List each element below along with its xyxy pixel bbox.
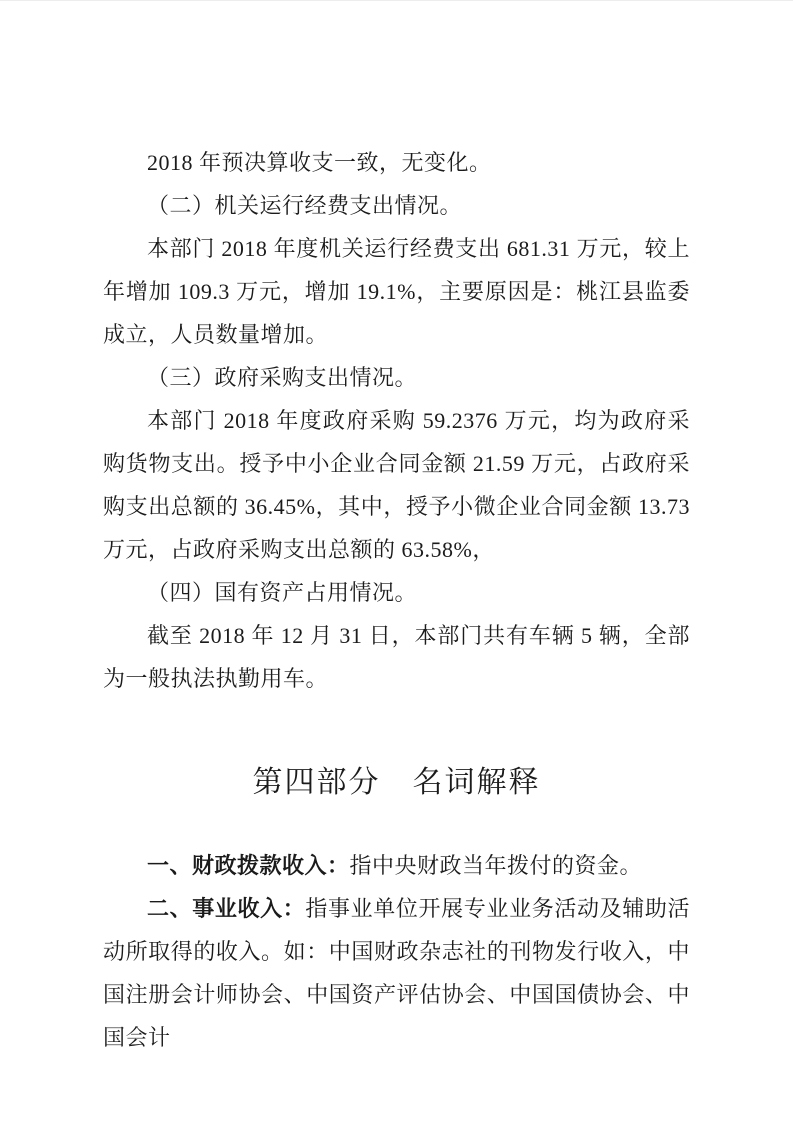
definition-business-income: 二、事业收入：指事业单位开展专业业务活动及辅助活动所取得的收入。如：中国财政杂志…	[103, 887, 690, 1059]
subheading-government-procurement: （三）政府采购支出情况。	[103, 356, 690, 399]
subheading-state-assets: （四）国有资产占用情况。	[103, 571, 690, 614]
paragraph-budget-consistency: 2018 年预决算收支一致，无变化。	[103, 141, 690, 184]
page-content: 2018 年预决算收支一致，无变化。 （二）机关运行经费支出情况。 本部门 20…	[103, 141, 690, 1059]
section-heading-part-four: 第四部分 名词解释	[103, 761, 690, 805]
subheading-agency-operating-expense: （二）机关运行经费支出情况。	[103, 184, 690, 227]
paragraph-state-assets: 截至 2018 年 12 月 31 日，本部门共有车辆 5 辆，全部为一般执法执…	[103, 614, 690, 700]
definition-text: 指中央财政当年拨付的资金。	[350, 853, 643, 878]
definition-fiscal-appropriation-income: 一、财政拨款收入：指中央财政当年拨付的资金。	[103, 844, 690, 887]
definition-term: 一、财政拨款收入：	[147, 853, 350, 878]
definition-term: 二、事业收入：	[147, 896, 305, 921]
paragraph-agency-operating-expense: 本部门 2018 年度机关运行经费支出 681.31 万元，较上年增加 109.…	[103, 227, 690, 356]
paragraph-government-procurement: 本部门 2018 年度政府采购 59.2376 万元，均为政府采购货物支出。授予…	[103, 399, 690, 571]
document-page: 2018 年预决算收支一致，无变化。 （二）机关运行经费支出情况。 本部门 20…	[0, 0, 793, 1122]
